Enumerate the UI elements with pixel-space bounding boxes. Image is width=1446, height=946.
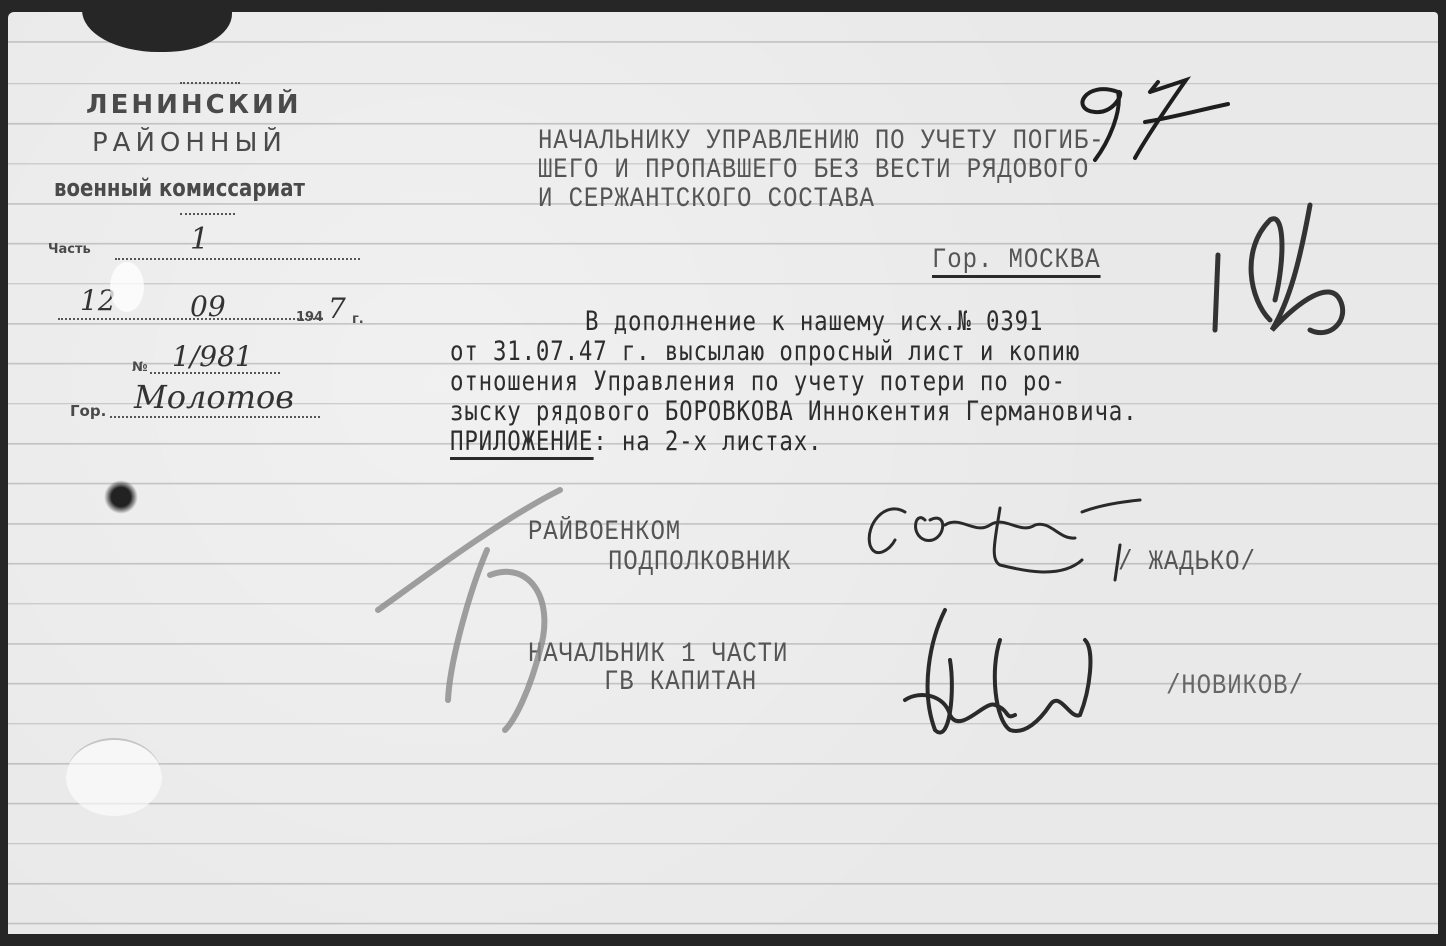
marginal-number-icon [1083, 80, 1228, 160]
handwriting-layer [0, 0, 1446, 946]
signature-novikov-icon [905, 610, 1090, 733]
signature-zhadko-icon [869, 500, 1140, 580]
initial-signature-icon [1215, 205, 1343, 333]
pencil-mark-icon [378, 490, 560, 730]
